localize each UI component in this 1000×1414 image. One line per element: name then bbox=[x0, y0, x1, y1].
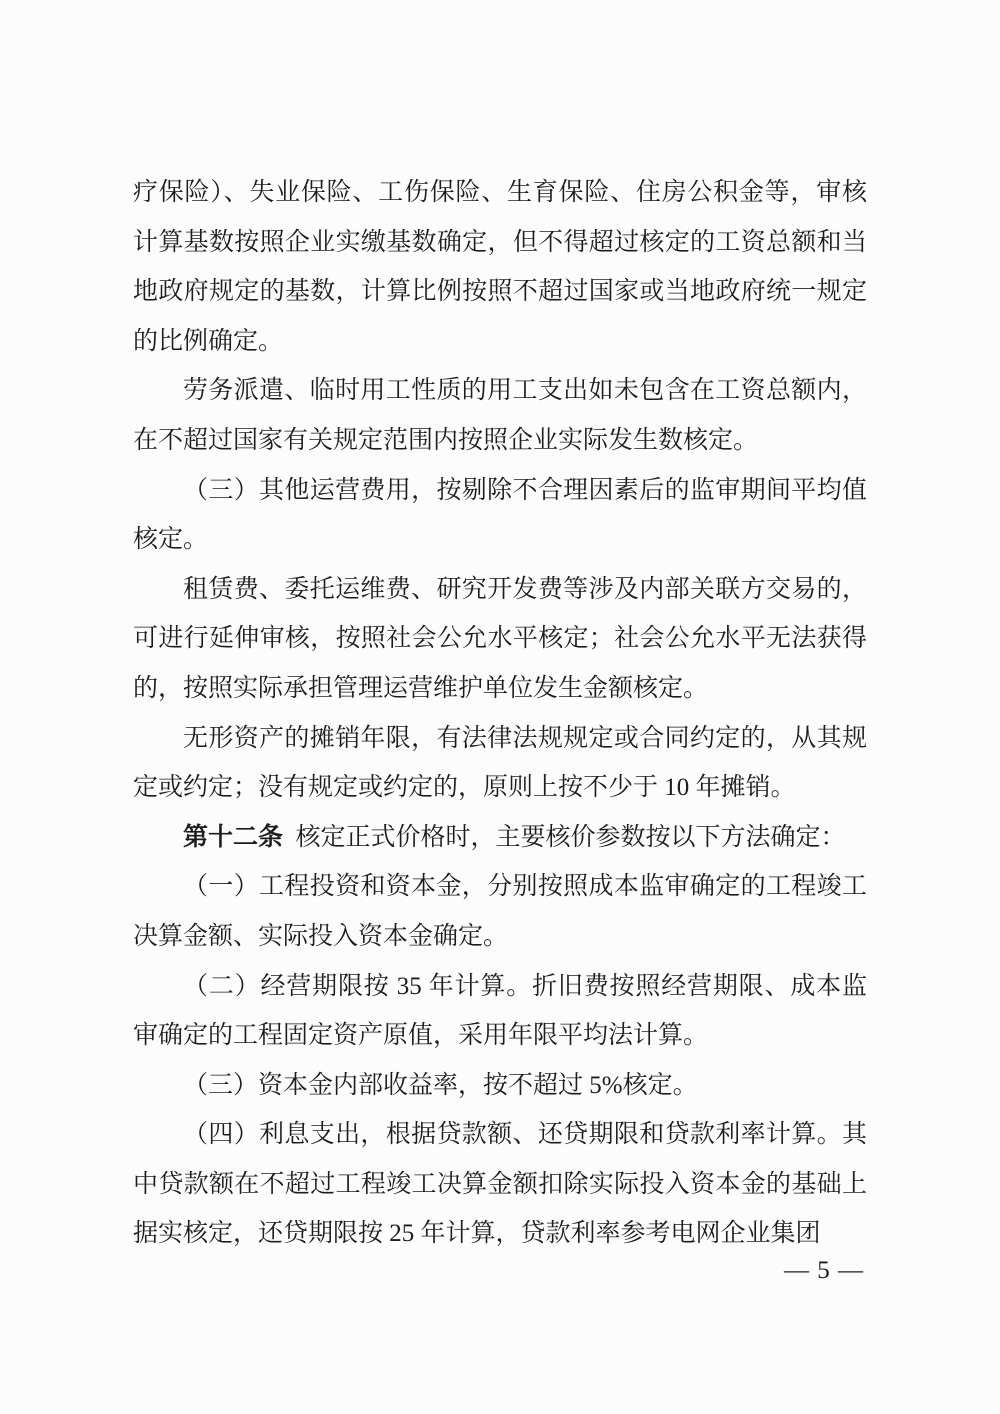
paragraph: （二）经营期限按 35 年计算。折旧费按照经营期限、成本监审确定的工程固定资产原… bbox=[133, 962, 867, 1061]
paragraph-text: （四）利息支出，根据贷款额、还贷期限和贷款利率计算。其中贷款额在不超过工程竣工决… bbox=[133, 1121, 867, 1247]
paragraph-text: 核定正式价格时，主要核价参数按以下方法确定： bbox=[296, 824, 846, 851]
paragraph-text: （三）资本金内部收益率，按不超过 5%核定。 bbox=[183, 1072, 698, 1099]
paragraph-text: 租赁费、委托运维费、研究开发费等涉及内部关联方交易的，可进行延伸审核，按照社会公… bbox=[133, 576, 867, 702]
document-body: 疗保险）、失业保险、工伤保险、生育保险、住房公积金等，审核计算基数按照企业实缴基… bbox=[133, 168, 867, 1259]
paragraph: （三）资本金内部收益率，按不超过 5%核定。 bbox=[133, 1061, 867, 1111]
page-number: — 5 — bbox=[784, 1256, 864, 1286]
paragraph: （四）利息支出，根据贷款额、还贷期限和贷款利率计算。其中贷款额在不超过工程竣工决… bbox=[133, 1110, 867, 1259]
paragraph: 无形资产的摊销年限，有法律法规规定或合同约定的，从其规定或约定；没有规定或约定的… bbox=[133, 714, 867, 813]
paragraph-text: （三）其他运营费用，按剔除不合理因素后的监审期间平均值核定。 bbox=[133, 477, 867, 554]
paragraph-text: 无形资产的摊销年限，有法律法规规定或合同约定的，从其规定或约定；没有规定或约定的… bbox=[133, 725, 867, 802]
paragraph: 第十二条核定正式价格时，主要核价参数按以下方法确定： bbox=[133, 813, 867, 863]
paragraph: （一）工程投资和资本金，分别按照成本监审确定的工程竣工决算金额、实际投入资本金确… bbox=[133, 862, 867, 961]
paragraph-text: 疗保险）、失业保险、工伤保险、生育保险、住房公积金等，审核计算基数按照企业实缴基… bbox=[133, 179, 867, 355]
paragraph: 疗保险）、失业保险、工伤保险、生育保险、住房公积金等，审核计算基数按照企业实缴基… bbox=[133, 168, 867, 366]
paragraph: （三）其他运营费用，按剔除不合理因素后的监审期间平均值核定。 bbox=[133, 466, 867, 565]
paragraph-text: 劳务派遣、临时用工性质的用工支出如未包含在工资总额内，在不超过国家有关规定范围内… bbox=[133, 377, 867, 454]
paragraph: 租赁费、委托运维费、研究开发费等涉及内部关联方交易的，可进行延伸审核，按照社会公… bbox=[133, 565, 867, 714]
article-number: 第十二条 bbox=[183, 824, 283, 851]
paragraph: 劳务派遣、临时用工性质的用工支出如未包含在工资总额内，在不超过国家有关规定范围内… bbox=[133, 366, 867, 465]
paragraph-text: （一）工程投资和资本金，分别按照成本监审确定的工程竣工决算金额、实际投入资本金确… bbox=[133, 873, 867, 950]
document-page: 疗保险）、失业保险、工伤保险、生育保险、住房公积金等，审核计算基数按照企业实缴基… bbox=[0, 0, 1000, 1414]
paragraph-text: （二）经营期限按 35 年计算。折旧费按照经营期限、成本监审确定的工程固定资产原… bbox=[133, 973, 867, 1050]
